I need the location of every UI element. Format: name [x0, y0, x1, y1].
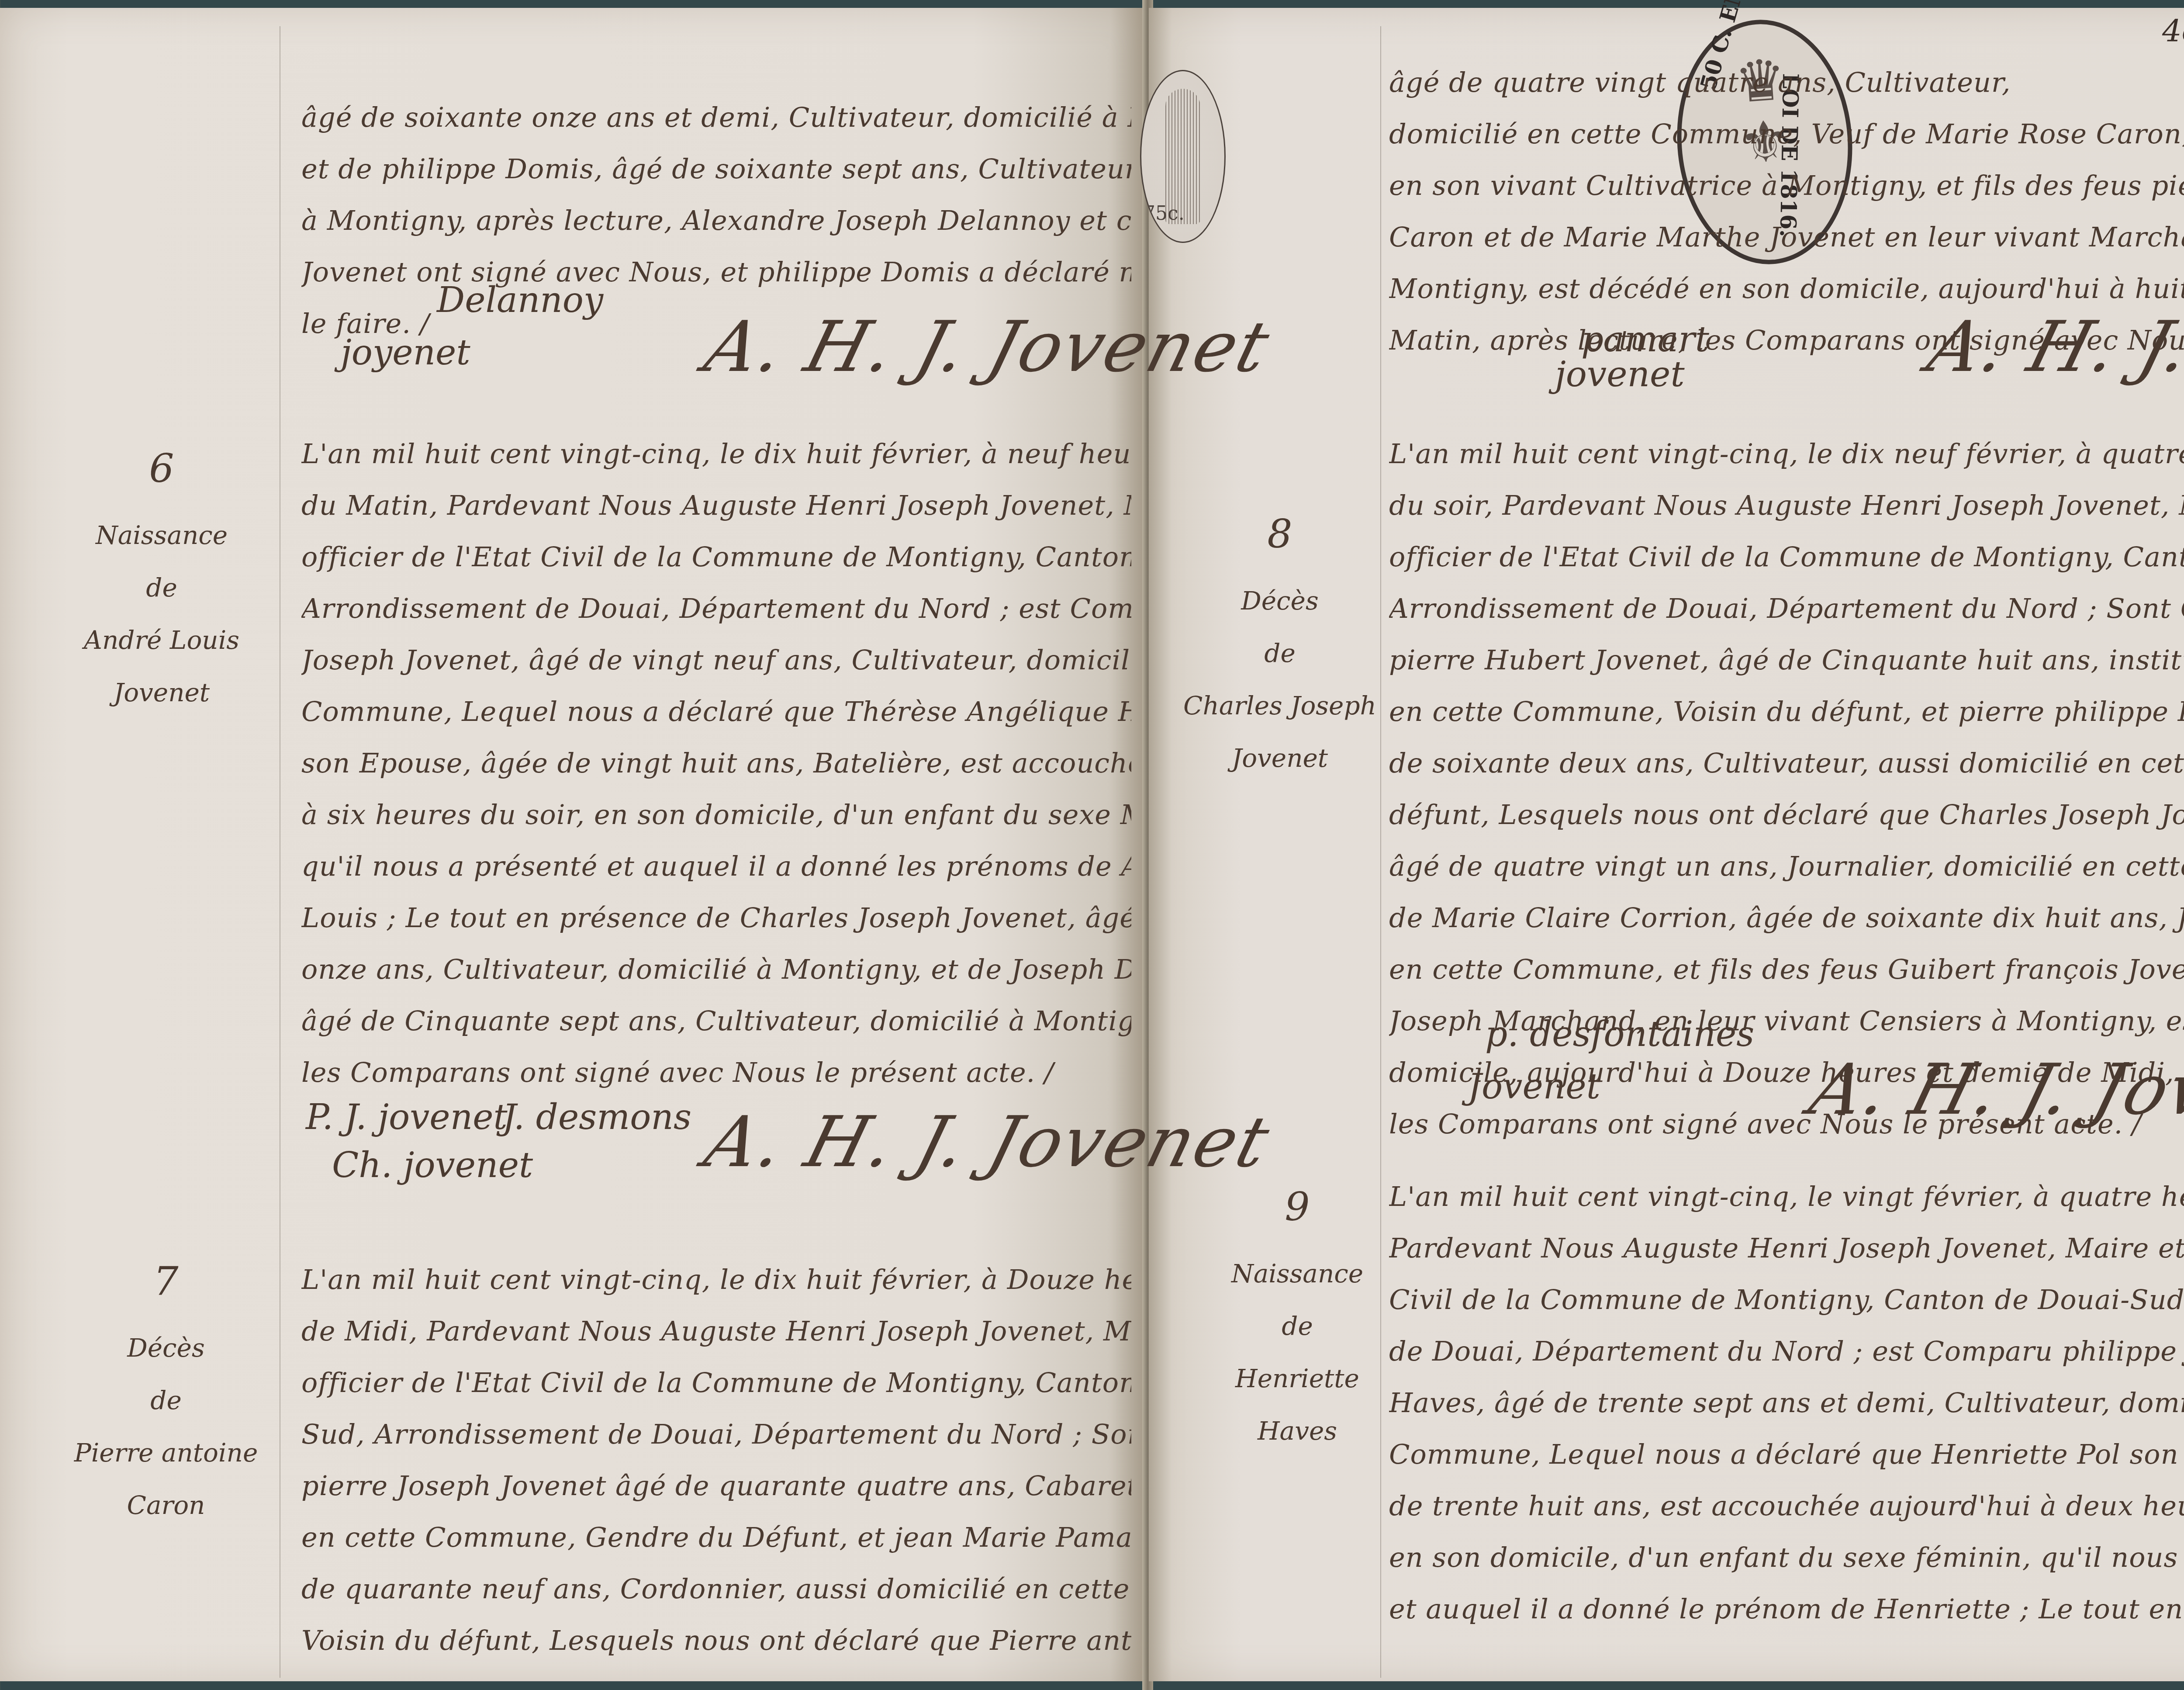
signature-jovenet: jovenet: [1555, 354, 1685, 395]
text-line: L'an mil huit cent vingt-cinq, le dix ne…: [1389, 428, 2184, 480]
signature-mayor: A. H. J. Jovenet: [697, 306, 1279, 388]
signature-delannoy: Delannoy: [437, 280, 603, 320]
stamp-value: 75c.: [1143, 202, 1185, 225]
text-line: Commune, Lequel nous a déclaré que Thérè…: [301, 686, 1131, 738]
margin-line: Naissance: [1206, 1247, 1389, 1300]
act-number: 8: [1179, 511, 1380, 557]
act-6-margin-note: 6 Naissance de André Louis Jovenet: [52, 446, 271, 719]
text-line: du soir, Pardevant Nous Auguste Henri Jo…: [1389, 480, 2184, 531]
margin-line: Décès: [66, 1322, 266, 1374]
text-line: domicilié en cette Commune, Veuf de Mari…: [1389, 108, 2184, 160]
text-line: Voisin du défunt, Lesquels nous ont décl…: [301, 1615, 1131, 1666]
margin-line: de: [66, 1374, 266, 1427]
text-line: L'an mil huit cent vingt-cinq, le dix hu…: [301, 1254, 1131, 1306]
text-line: en cette Commune, Gendre du Défunt, et j…: [301, 1512, 1131, 1563]
margin-line: de: [1179, 627, 1380, 679]
text-line: en son vivant Cultivatrice à Montigny, e…: [1389, 160, 2184, 211]
signature-mayor: A. H. J. Jovenet: [697, 1101, 1279, 1183]
text-line: son Epouse, âgée de vingt huit ans, Bate…: [301, 738, 1131, 789]
text-line: Sud, Arrondissement de Douai, Départemen…: [301, 1409, 1131, 1460]
text-line: officier de l'Etat Civil de la Commune d…: [301, 531, 1131, 583]
text-line: officier de l'Etat Civil de la Commune d…: [1389, 531, 2184, 583]
margin-line: Caron: [66, 1479, 266, 1531]
text-line: de Marie Claire Corrion, âgée de soixant…: [1389, 892, 2184, 944]
text-line: Arrondissement de Douai, Département du …: [301, 583, 1131, 634]
act-number: 7: [66, 1258, 266, 1304]
signature-desfontaines: p. desfontaines: [1485, 1014, 1754, 1054]
text-line: de Douai, Département du Nord ; est Comp…: [1389, 1326, 2184, 1377]
act-7-text: L'an mil huit cent vingt-cinq, le dix hu…: [301, 1254, 1131, 1666]
margin-line: Pierre antoine: [66, 1427, 266, 1479]
text-line: Civil de la Commune de Montigny, Canton …: [1389, 1274, 2184, 1326]
text-line: à six heures du soir, en son domicile, d…: [301, 789, 1131, 841]
margin-line: Naissance: [52, 509, 271, 561]
act-9-text: L'an mil huit cent vingt-cinq, le vingt …: [1389, 1171, 2184, 1635]
act-8-margin-note: 8 Décès de Charles Joseph Jovenet: [1179, 511, 1380, 784]
text-line: les Comparans ont signé avec Nous le pré…: [301, 1047, 1131, 1098]
fiscal-stamp-left: 75c.: [1140, 70, 1226, 243]
open-register-book: 75c. 50 C. EN SUS LOI DE 1816. ♛⚜ 4e âgé…: [0, 0, 2184, 1690]
text-line: de Midi, Pardevant Nous Auguste Henri Jo…: [301, 1306, 1131, 1357]
text-line: Joseph Jovenet, âgé de vingt neuf ans, C…: [301, 634, 1131, 686]
text-line: qu'il nous a présenté et auquel il a don…: [301, 841, 1131, 892]
text-line: âgé de quatre vingt un ans, Journalier, …: [1389, 841, 2184, 892]
act-7-margin-note: 7 Décès de Pierre antoine Caron: [66, 1258, 266, 1531]
text-line: défunt, Lesquels nous ont déclaré que Ch…: [1389, 789, 2184, 841]
text-line: pierre Hubert Jovenet, âgé de Cinquante …: [1389, 634, 2184, 686]
text-line: en cette Commune, et fils des feus Guibe…: [1389, 944, 2184, 995]
text-line: en cette Commune, Voisin du défunt, et p…: [1389, 686, 2184, 738]
signature-ch-jovenet: Ch. jovenet: [332, 1145, 533, 1185]
text-line: pierre Joseph Jovenet âgé de quarante qu…: [301, 1460, 1131, 1512]
act-6-text: L'an mil huit cent vingt-cinq, le dix hu…: [301, 428, 1131, 1098]
signature-desmons: J. desmons: [502, 1097, 691, 1137]
signature-pj-jovenet: P. J. jovenet: [306, 1097, 508, 1137]
text-line: à Montigny, après lecture, Alexandre Jos…: [301, 195, 1131, 246]
margin-line: de: [1206, 1300, 1389, 1352]
margin-line: Haves: [1206, 1405, 1389, 1457]
text-line: L'an mil huit cent vingt-cinq, le dix hu…: [301, 428, 1131, 480]
text-line: âgé de soixante onze ans et demi, Cultiv…: [301, 92, 1131, 143]
act-9-margin-note: 9 Naissance de Henriette Haves: [1206, 1184, 1389, 1457]
signature-joyenet: joyenet: [341, 332, 470, 373]
act-number: 6: [52, 446, 271, 492]
text-line: du Matin, Pardevant Nous Auguste Henri J…: [301, 480, 1131, 531]
text-line: L'an mil huit cent vingt-cinq, le vingt …: [1389, 1171, 2184, 1222]
text-line: Haves, âgé de trente sept ans et demi, C…: [1389, 1377, 2184, 1429]
text-line: et de philippe Domis, âgé de soixante se…: [301, 143, 1131, 195]
text-line: âgé de Cinquante sept ans, Cultivateur, …: [301, 995, 1131, 1047]
text-line: de quarante neuf ans, Cordonnier, aussi …: [301, 1563, 1131, 1615]
signature-mayor: A. H. J. Jovenet: [1802, 1049, 2184, 1130]
text-line: Caron et de Marie Marthe Jovenet en leur…: [1389, 211, 2184, 263]
left-margin-rule: [280, 26, 280, 1678]
text-line: Commune, Lequel nous a déclaré que Henri…: [1389, 1429, 2184, 1480]
act-number: 9: [1206, 1184, 1389, 1230]
signature-mayor: A. H. J. Jovenet: [1920, 306, 2184, 388]
text-line: Louis ; Le tout en présence de Charles J…: [301, 892, 1131, 944]
margin-line: de: [52, 561, 271, 614]
margin-line: Jovenet: [1179, 732, 1380, 784]
text-line: Pardevant Nous Auguste Henri Joseph Jove…: [1389, 1222, 2184, 1274]
text-line: officier de l'Etat Civil de la Commune d…: [301, 1357, 1131, 1409]
page-number: 4e: [2162, 13, 2184, 49]
signature-jovenet: Jovenet: [1468, 1066, 1600, 1107]
text-line: de trente huit ans, est accouchée aujour…: [1389, 1480, 2184, 1532]
text-line: en son domicile, d'un enfant du sexe fém…: [1389, 1532, 2184, 1583]
text-line: de soixante deux ans, Cultivateur, aussi…: [1389, 738, 2184, 789]
text-line: onze ans, Cultivateur, domicilié à Monti…: [301, 944, 1131, 995]
text-line: Jovenet ont signé avec Nous, et philippe…: [301, 246, 1131, 298]
margin-line: André Louis: [52, 614, 271, 666]
margin-line: Décès: [1179, 575, 1380, 627]
margin-line: Charles Joseph: [1179, 679, 1380, 732]
text-line: et auquel il a donné le prénom de Henrie…: [1389, 1583, 2184, 1635]
text-line: Arrondissement de Douai, Département du …: [1389, 583, 2184, 634]
text-line: âgé de quatre vingt quatre ans, Cultivat…: [1389, 57, 2184, 108]
margin-line: Henriette: [1206, 1352, 1389, 1405]
margin-line: Jovenet: [52, 666, 271, 719]
